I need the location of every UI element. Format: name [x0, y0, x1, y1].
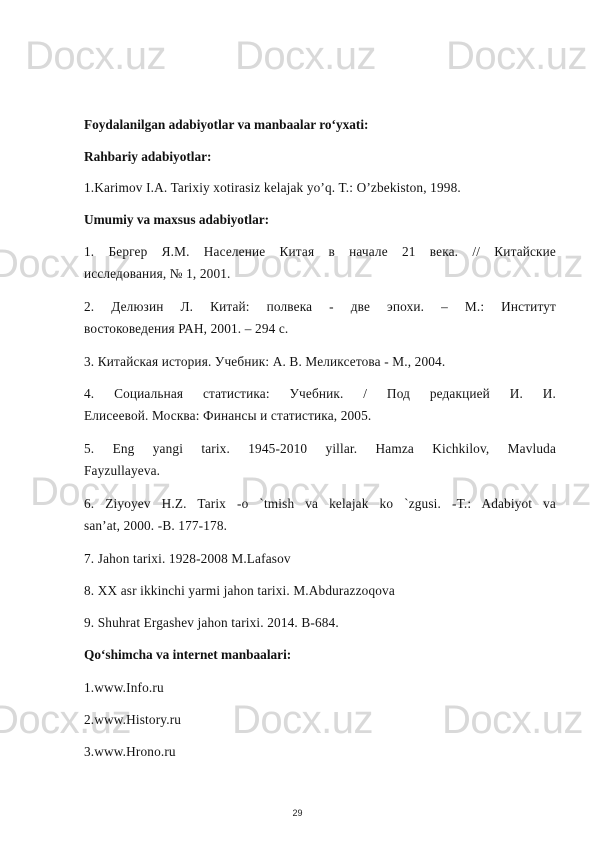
section-heading-general-literature: Umumiy va maxsus adabiyotlar: [84, 212, 556, 228]
reference-item: 4. Социальная статистика: Учебник. / Под… [84, 386, 556, 402]
reference-item: 3. Китайская история. Учебник: А. В. Мел… [84, 354, 556, 370]
reference-item: 5. Eng yangi tarix. 1945-2010 yillar. Ha… [84, 441, 556, 457]
page-title: Foydalanilgan adabiyotlar va manbaalar r… [84, 117, 556, 133]
reference-item: 7. Jahon tarixi. 1928-2008 M.Lafasov [84, 551, 556, 567]
section-heading-guiding-literature: Rahbariy adabiyotlar: [84, 149, 556, 165]
watermark-text: Docx.uz [235, 36, 376, 76]
reference-item-continuation: san’at, 2000. -B. 177-178. [84, 518, 556, 534]
reference-item-continuation: Елисеевой. Москва: Финансы и статистика,… [84, 408, 556, 424]
reference-item: 1. Бергер Я.М. Население Китая в начале … [84, 244, 556, 260]
watermark-text: Docx.uz [25, 36, 166, 76]
reference-item-continuation: востоковедения РАН, 2001. – 294 с. [84, 321, 556, 337]
internet-source-link[interactable]: 3.www.Hrono.ru [84, 744, 556, 760]
page-number: 29 [0, 808, 595, 818]
reference-item: 8. XX asr ikkinchi yarmi jahon tarixi. M… [84, 583, 556, 599]
reference-item-continuation: исследования, № 1, 2001. [84, 266, 556, 282]
reference-item: 6. Ziyoyev H.Z. Tarix -o `tmish va kelaj… [84, 496, 556, 512]
reference-item: 2. Делюзин Л. Китай: полвека - две эпохи… [84, 299, 556, 315]
internet-source-link[interactable]: 2.www.History.ru [84, 712, 556, 728]
reference-item-continuation: Fayzullayeva. [84, 463, 556, 479]
reference-item: 1.Karimov I.A. Tarixiy xotirasiz kelajak… [84, 180, 556, 196]
watermark-text: Docx.uz [446, 36, 587, 76]
reference-item: 9. Shuhrat Ergashev jahon tarixi. 2014. … [84, 615, 556, 631]
section-heading-additional-sources: Qo‘shimcha va internet manbaalari: [84, 647, 556, 663]
internet-source-link[interactable]: 1.www.Info.ru [84, 680, 556, 696]
